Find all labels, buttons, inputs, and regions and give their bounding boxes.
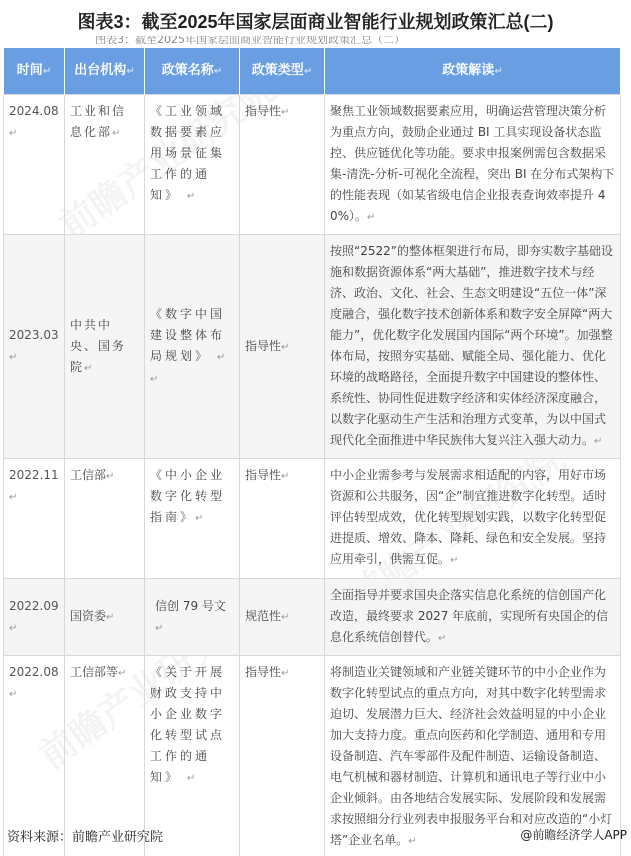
cell-date: 2024.08↵ <box>4 95 65 235</box>
cell-interpretation: 聚焦工业领域数据要素应用，明确运营管理决策分析为重点方向，鼓励企业通过 BI 工… <box>325 95 621 235</box>
table-header-row: 时间↵ 出台机构↵ 政策名称↵ 政策类型↵ 政策解读↵ <box>4 48 621 95</box>
cell-interpretation: 全面指导并要求国央企落实信息化系统的信创国产化改造，最终要求 2027 年底前，… <box>325 579 621 656</box>
cell-policy-type: 指导性↵ <box>240 95 325 235</box>
cell-policy-name: 《中小企业数字化转型指南》↵ <box>145 459 240 579</box>
cell-agency: 工业和信息化部↵ <box>65 95 145 235</box>
header-date: 时间↵ <box>4 48 65 95</box>
cell-policy-name: 《工业领域数据要素应用场景征集工作的通知》 ↵ <box>145 95 240 235</box>
cell-agency: 中共中央、国务院↵ <box>65 235 145 459</box>
header-interpretation: 政策解读↵ <box>325 48 621 95</box>
cell-date: 2022.11↵ <box>4 459 65 579</box>
cell-date: 2023.03↵ <box>4 235 65 459</box>
table-row: 2022.09↵ 国资委↵ 信创 79 号文↵ 规范性↵ 全面指导并要求国央企落… <box>4 579 621 656</box>
cell-policy-type: 指导性↵ <box>240 235 325 459</box>
cell-agency: 国资委↵ <box>65 579 145 656</box>
header-policy-type: 政策类型↵ <box>240 48 325 95</box>
table-row: 2023.03↵ 中共中央、国务院↵ 《数字中国建设整体布局规划》 ↵↵ 指导性… <box>4 235 621 459</box>
header-policy-name: 政策名称↵ <box>145 48 240 95</box>
cell-interpretation: 中小企业需参考与发展需求相适配的内容，用好市场资源和公共服务，因“企”制宜推进数… <box>325 459 621 579</box>
brand-credit: @前瞻经济学人APP <box>520 826 627 843</box>
cell-interpretation: 按照“2522”的整体框架进行布局，即夯实数字基础设施和数据资源体系“两大基础”… <box>325 235 621 459</box>
cell-policy-type: 指导性↵ <box>240 459 325 579</box>
header-agency: 出台机构↵ <box>65 48 145 95</box>
cell-policy-type: 规范性↵ <box>240 579 325 656</box>
cell-agency: 工信部↵ <box>65 459 145 579</box>
cell-policy-name: 《数字中国建设整体布局规划》 ↵↵ <box>145 235 240 459</box>
cell-date: 2022.09↵ <box>4 579 65 656</box>
cell-policy-name: 信创 79 号文↵ <box>145 579 240 656</box>
table-row: 2024.08↵ 工业和信息化部↵ 《工业领域数据要素应用场景征集工作的通知》 … <box>4 95 621 235</box>
ghost-title: 图表3：截至2025年国家层面商业智能行业规划政策汇总（二） <box>95 36 425 44</box>
cell-policy-type: 指导性↵ <box>240 656 325 856</box>
table-row: 2022.11↵ 工信部↵ 《中小企业数字化转型指南》↵ 指导性↵ 中小企业需参… <box>4 459 621 579</box>
source-note: 资料来源：前瞻产业研究院 <box>7 826 163 845</box>
chart-title: 图表3：截至2025年国家层面商业智能行业规划政策汇总(二) <box>0 8 631 34</box>
policy-table: 时间↵ 出台机构↵ 政策名称↵ 政策类型↵ 政策解读↵ 2024.08↵ 工业和… <box>3 48 621 856</box>
